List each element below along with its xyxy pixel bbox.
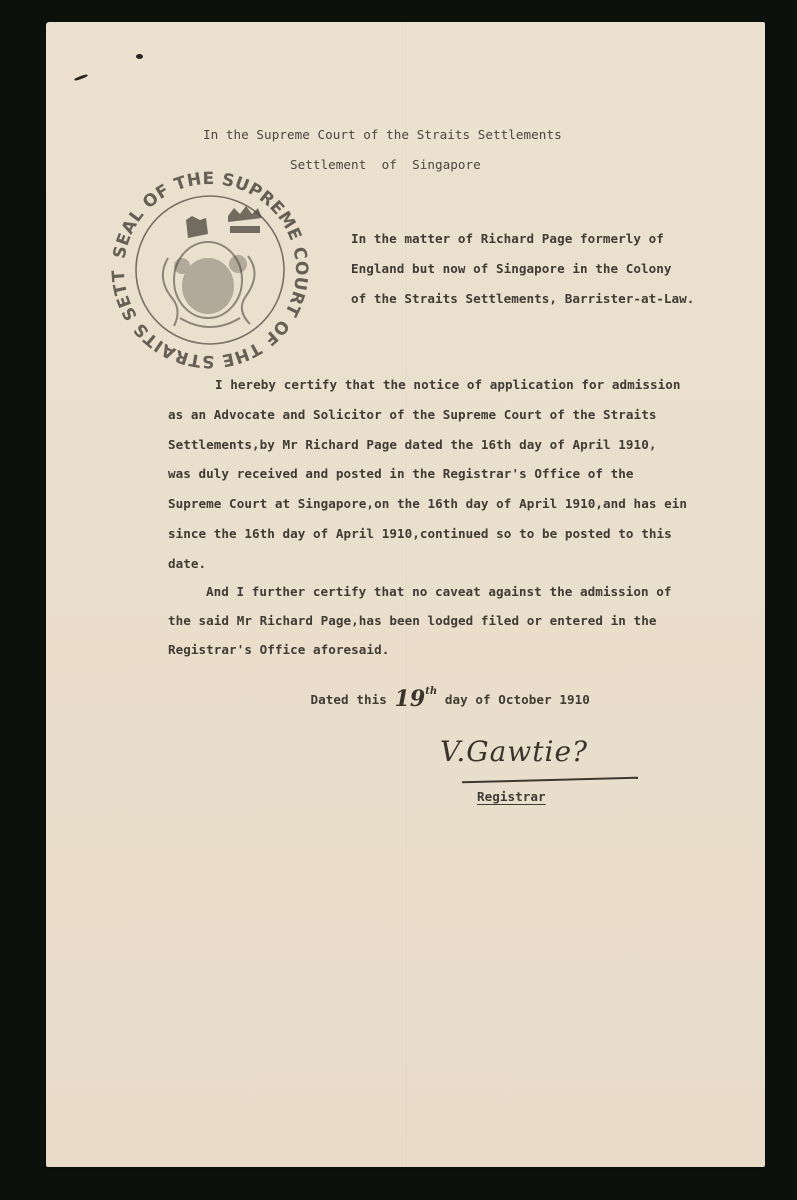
body-line: I hereby certify that the notice of appl… <box>215 379 681 392</box>
pin-hole <box>136 54 143 59</box>
body-line: And I further certify that no caveat aga… <box>206 586 672 599</box>
dated-day-suffix: th <box>425 686 437 697</box>
registrar-title: Registrar <box>477 791 546 804</box>
dated-prefix: Dated this <box>311 692 395 707</box>
body-line: was duly received and posted in the Regi… <box>168 468 634 481</box>
settlement-heading: Settlement of Singapore <box>290 159 481 172</box>
pin-hole <box>74 74 88 82</box>
body-line: Supreme Court at Singapore,on the 16th d… <box>168 498 687 511</box>
dated-day: 19 <box>394 686 425 712</box>
body-line: since the 16th day of April 1910,continu… <box>168 528 672 541</box>
court-heading: In the Supreme Court of the Straits Sett… <box>203 129 562 142</box>
matter-line: In the matter of Richard Page formerly o… <box>351 233 664 246</box>
body-line: date. <box>168 558 206 571</box>
dated-line: Dated this 19th day of October 1910 <box>280 673 590 720</box>
body-line: Registrar's Office aforesaid. <box>168 644 389 657</box>
body-line: Settlements,by Mr Richard Page dated the… <box>168 439 656 452</box>
registrar-signature: V.Gawtie? <box>440 735 588 768</box>
body-line: the said Mr Richard Page,has been lodged… <box>168 615 656 628</box>
matter-line: England but now of Singapore in the Colo… <box>351 263 672 276</box>
court-seal-icon: SEAL OF THE SUPREME COURT OF THE STRAITS… <box>108 168 312 372</box>
body-line: as an Advocate and Solicitor of the Supr… <box>168 409 656 422</box>
dated-suffix: day of October 1910 <box>437 692 590 707</box>
matter-line: of the Straits Settlements, Barrister-at… <box>351 293 694 306</box>
scan-background: In the Supreme Court of the Straits Sett… <box>0 0 797 1200</box>
